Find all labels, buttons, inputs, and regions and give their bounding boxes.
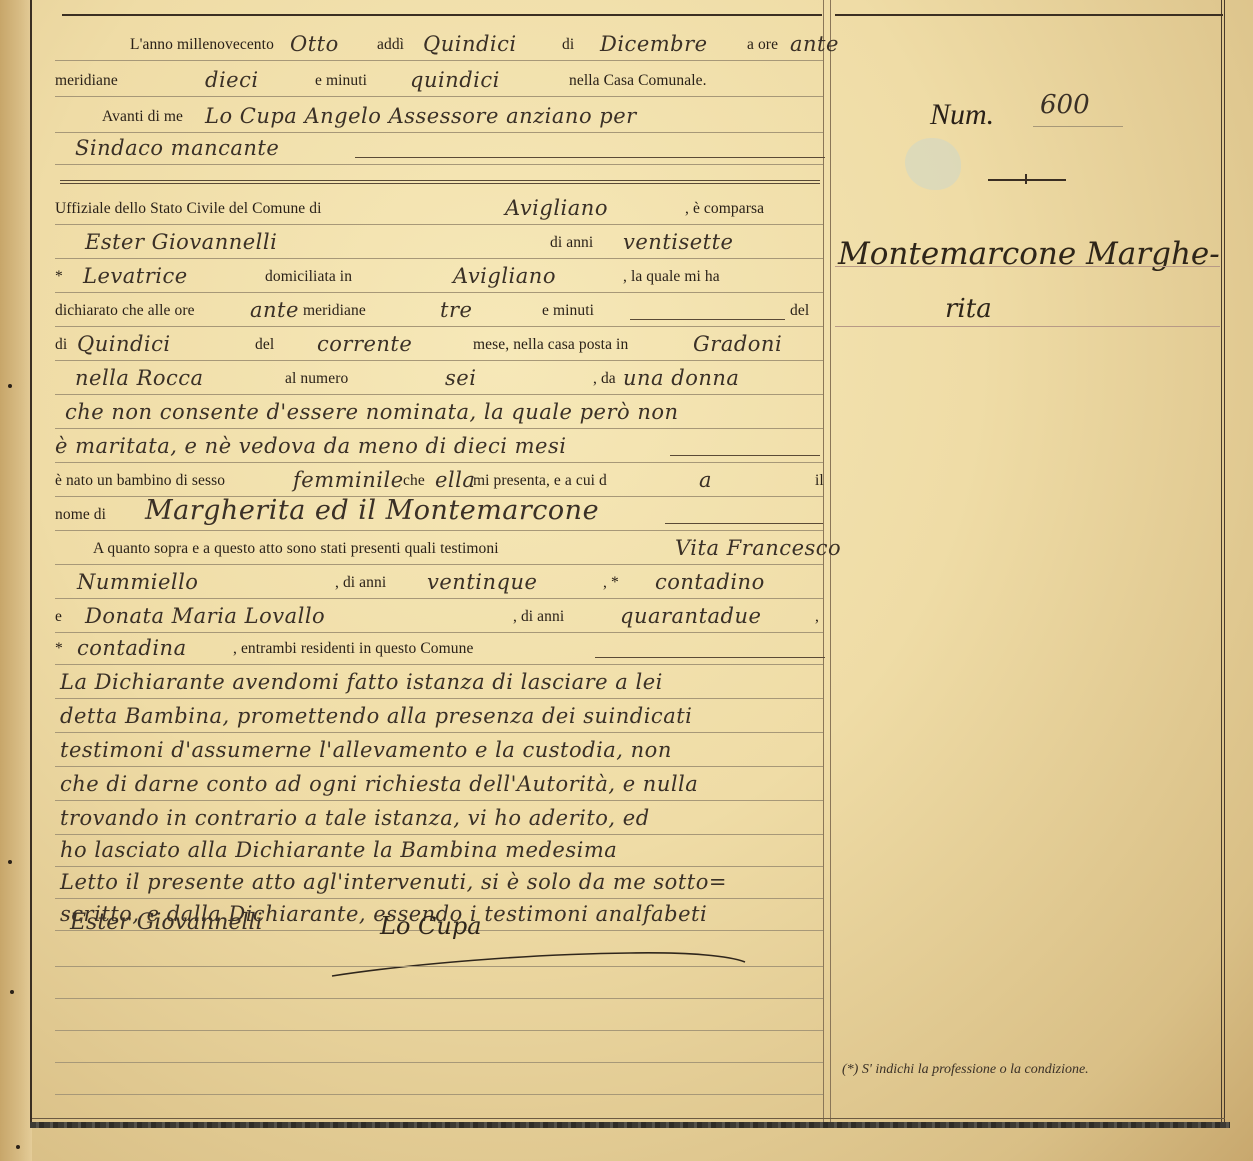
handwritten-text: detta Bambina, promettendo alla presenza… [60, 704, 692, 728]
handwritten-ante: ante [250, 298, 299, 322]
section-separator [60, 180, 820, 184]
handwritten-witness2-profession: contadina [77, 636, 187, 660]
handwritten-birth-hour: tre [440, 298, 472, 322]
printed-text: è nato un bambino di sesso [55, 472, 225, 490]
handwritten-text: che non consente d'essere nominata, la q… [65, 400, 679, 424]
handwritten-sex: femminile [293, 468, 404, 492]
handwritten-pronoun: ella [435, 468, 475, 492]
name-rule [835, 326, 1220, 327]
act-line: dichiarato che alle ore ante meridiane t… [55, 290, 823, 327]
printed-text: , [815, 608, 819, 626]
act-line: nella Rocca al numero sei , da una donna [55, 358, 823, 395]
handwritten-officer: Lo Cupa Angelo Assessore anziano per [205, 104, 637, 128]
act-line: L'anno millenovecento Otto addì Quindici… [55, 24, 823, 61]
blank-line [665, 523, 823, 524]
empty-rule [55, 1094, 823, 1095]
handwritten-minutes: quindici [410, 68, 500, 92]
empty-rule [55, 998, 823, 999]
officer-signature: Lo Cupa [380, 912, 482, 940]
printed-text: di [55, 336, 67, 354]
empty-rule [55, 1030, 823, 1031]
signature-flourish [330, 950, 750, 980]
handwritten-letter: a [699, 468, 712, 492]
handwritten-month: Dicembre [600, 32, 708, 56]
handwritten-profession: Levatrice [83, 264, 188, 288]
handwritten-commune: Avigliano [505, 196, 608, 220]
handwritten-witness2: Donata Maria Lovallo [85, 604, 325, 628]
ornament-tick [1025, 174, 1027, 184]
act-line: Ester Giovannelli di anni ventisette [55, 222, 823, 259]
top-rule-margin [835, 14, 1223, 16]
handwritten-text: Letto il presente atto agl'intervenuti, … [60, 870, 727, 894]
printed-text: , * [603, 574, 619, 592]
binding-hole [10, 990, 14, 994]
act-line: Sindaco mancante [55, 128, 823, 165]
handwritten-text: è maritata, e nè vedova da meno di dieci… [55, 434, 566, 458]
printed-text: al numero [285, 370, 348, 388]
handwritten-birth-day: Quindici [77, 332, 171, 356]
printed-text: del [255, 336, 274, 354]
printed-text: , entrambi residenti in questo Comune [233, 640, 473, 658]
handwritten-declarant: Ester Giovannelli [85, 230, 277, 254]
printed-text: di anni [550, 234, 593, 252]
child-name-margin-line2: rita [945, 294, 992, 324]
printed-text: e minuti [542, 302, 594, 320]
printed-text: e minuti [315, 72, 367, 90]
binding-hole [8, 384, 12, 388]
blank-line [630, 319, 785, 320]
blank-line [595, 657, 825, 658]
act-line: è maritata, e nè vedova da meno di dieci… [55, 426, 823, 463]
act-line: è nato un bambino di sesso femminile che… [55, 460, 823, 497]
printed-text: il [815, 472, 824, 490]
record-number-label: Num. [930, 98, 994, 132]
act-line: Nummiello , di anni ventinque , * contad… [55, 562, 823, 599]
printed-text: , da [593, 370, 616, 388]
blank-line [355, 157, 825, 158]
printed-asterisk: * [55, 268, 63, 286]
printed-text: nome di [55, 506, 106, 524]
printed-text: L'anno millenovecento [130, 36, 274, 54]
act-line: testimoni d'assumerne l'allevamento e la… [55, 730, 823, 767]
printed-text: dichiarato che alle ore [55, 302, 195, 320]
handwritten-domicile: Avigliano [453, 264, 556, 288]
act-line: di Quindici del corrente mese, nella cas… [55, 324, 823, 361]
printed-text: Avanti di me [102, 108, 183, 126]
printed-text: di [562, 36, 574, 54]
act-line: che di darne conto ad ogni richiesta del… [55, 764, 823, 801]
binding-hole [16, 1145, 20, 1149]
printed-text: del [790, 302, 809, 320]
handwritten-year: Otto [290, 32, 339, 56]
printed-text: , di anni [513, 608, 564, 626]
paper-stain [905, 138, 961, 190]
printed-text: , la quale mi ha [623, 268, 720, 286]
printed-text: che [403, 472, 425, 490]
printed-asterisk: * [55, 640, 63, 658]
handwritten-witness1: Vita Francesco [675, 536, 841, 560]
handwritten-officer-title: Sindaco mancante [75, 136, 279, 160]
handwritten-witness1-age: ventinque [427, 570, 537, 594]
printed-text: A quanto sopra e a questo atto sono stat… [93, 540, 499, 558]
empty-rule [55, 1062, 823, 1063]
handwritten-hour: dieci [205, 68, 259, 92]
handwritten-witness1-surname: Nummiello [77, 570, 198, 594]
printed-text: e [55, 608, 62, 626]
name-rule [835, 266, 1220, 267]
act-line: nome di Margherita ed il Montemarcone [55, 494, 823, 531]
printed-text: nella Casa Comunale. [569, 72, 707, 90]
handwritten-street-cont: nella Rocca [75, 366, 204, 390]
top-rule [62, 14, 822, 16]
declarant-signature: Ester Giovannelli [70, 910, 263, 935]
handwritten-text: La Dichiarante avendomi fatto istanza di… [60, 670, 663, 694]
ornament-dash [988, 179, 1066, 181]
printed-text: meridiane [303, 302, 366, 320]
printed-text: mi presenta, e a cui d [473, 472, 607, 490]
record-number-value: 600 [1040, 90, 1090, 120]
handwritten-month: corrente [317, 332, 412, 356]
printed-text: , di anni [335, 574, 386, 592]
act-line: detta Bambina, promettendo alla presenza… [55, 696, 823, 733]
handwritten-mother: una donna [623, 366, 739, 390]
empty-rule [55, 966, 823, 967]
handwritten-ante: ante [790, 32, 839, 56]
handwritten-witness1-profession: contadino [655, 570, 765, 594]
blank-line [670, 455, 820, 456]
column-divider [823, 0, 831, 1122]
handwritten-age: ventisette [623, 230, 733, 254]
act-line: meridiane dieci e minuti quindici nella … [55, 60, 823, 97]
handwritten-text: ho lasciato alla Dichiarante la Bambina … [60, 838, 617, 862]
handwritten-witness2-age: quarantadue [620, 604, 761, 628]
printed-text: Uffiziale dello Stato Civile del Comune … [55, 200, 322, 218]
binding-hole [8, 860, 12, 864]
act-line: * Levatrice domiciliata in Avigliano , l… [55, 256, 823, 293]
handwritten-text: trovando in contrario a tale istanza, vi… [60, 806, 650, 830]
printed-text: meridiane [55, 72, 118, 90]
handwritten-text: testimoni d'assumerne l'allevamento e la… [60, 738, 672, 762]
handwritten-street: Gradoni [693, 332, 782, 356]
handwritten-child-name: Margherita ed il Montemarcone [145, 495, 599, 526]
bottom-rule [30, 1122, 1230, 1128]
printed-text: domiciliata in [265, 268, 352, 286]
handwritten-text: che di darne conto ad ogni richiesta del… [60, 772, 698, 796]
printed-text: a ore [747, 36, 778, 54]
act-line: La Dichiarante avendomi fatto istanza di… [55, 662, 823, 699]
record-number-underline [1033, 126, 1123, 127]
act-line: A quanto sopra e a questo atto sono stat… [55, 528, 823, 565]
printed-text: addì [377, 36, 404, 54]
printed-text: mese, nella casa posta in [473, 336, 628, 354]
page-edge [0, 0, 32, 1161]
handwritten-house-number: sei [445, 366, 476, 390]
bottom-rule-thin [32, 1118, 1225, 1119]
act-line: * contadina , entrambi residenti in ques… [55, 628, 823, 665]
footnote: (*) S' indichi la professione o la condi… [842, 1062, 1089, 1078]
printed-text: , è comparsa [685, 200, 764, 218]
handwritten-day: Quindici [423, 32, 517, 56]
act-line: che non consente d'essere nominata, la q… [55, 392, 823, 429]
act-line: Uffiziale dello Stato Civile del Comune … [55, 188, 823, 225]
